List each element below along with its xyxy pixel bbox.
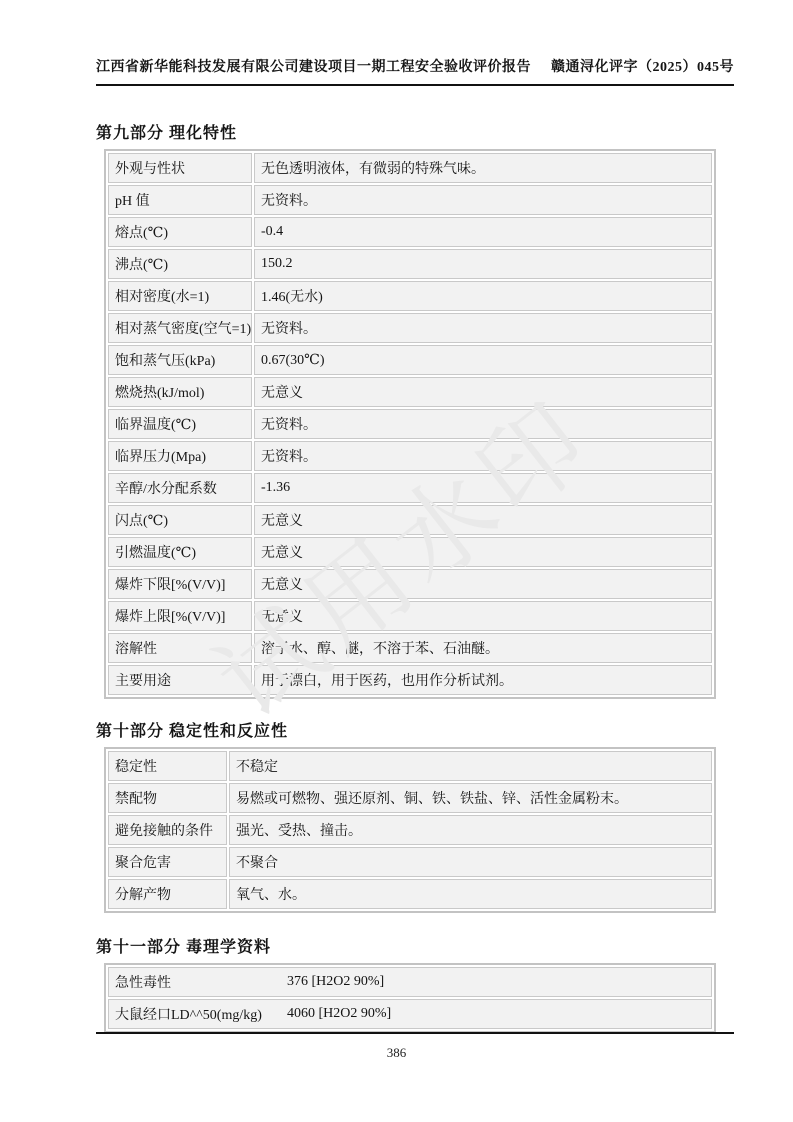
table-row: 大鼠经口LD^^50(mg/kg)4060 [H2O2 90%] bbox=[108, 999, 712, 1029]
header-report-title: 江西省新华能科技发展有限公司建设项目一期工程安全验收评价报告 bbox=[96, 56, 531, 76]
table-row: 沸点(℃)150.2 bbox=[108, 249, 712, 279]
row-label-cell: 溶解性 bbox=[108, 633, 252, 663]
section-toxicology: 第十一部分 毒理学资料 急性毒性376 [H2O2 90%]大鼠经口LD^^50… bbox=[96, 938, 724, 1033]
row-label-cell: 相对密度(水=1) bbox=[108, 281, 252, 311]
row-label-cell: 熔点(℃) bbox=[108, 217, 252, 247]
row-value: 376 [H2O2 90%] bbox=[287, 974, 384, 990]
row-label-cell: 稳定性 bbox=[108, 751, 227, 781]
row-label-cell: 爆炸下限[%(V/V)] bbox=[108, 569, 252, 599]
row-value-cell: 150.2 bbox=[254, 249, 712, 279]
row-label-cell: 相对蒸气密度(空气=1) bbox=[108, 313, 252, 343]
row-label-cell: 引燃温度(℃) bbox=[108, 537, 252, 567]
table-row: 稳定性不稳定 bbox=[108, 751, 712, 781]
row-value-cell: 无意义 bbox=[254, 537, 712, 567]
table-row: 相对蒸气密度(空气=1)无资料。 bbox=[108, 313, 712, 343]
table-row: 辛醇/水分配系数-1.36 bbox=[108, 473, 712, 503]
row-value-cell: 溶于水、醇、醚，不溶于苯、石油醚。 bbox=[254, 633, 712, 663]
row-value-cell: 无色透明液体，有微弱的特殊气味。 bbox=[254, 153, 712, 183]
table-row: 爆炸上限[%(V/V)]无意义 bbox=[108, 601, 712, 631]
row-value-cell: 氧气、水。 bbox=[229, 879, 712, 909]
header-doc-number: 赣通浔化评字（2025）045号 bbox=[551, 56, 734, 76]
table-row: 聚合危害不聚合 bbox=[108, 847, 712, 877]
table-row: 急性毒性376 [H2O2 90%] bbox=[108, 967, 712, 997]
row-value-cell: 无意义 bbox=[254, 569, 712, 599]
table-row: 相对密度(水=1)1.46(无水) bbox=[108, 281, 712, 311]
row-value-cell: 无资料。 bbox=[254, 409, 712, 439]
table-row: 燃烧热(kJ/mol)无意义 bbox=[108, 377, 712, 407]
row-label-cell: 避免接触的条件 bbox=[108, 815, 227, 845]
physical-chemical-properties-table: 外观与性状无色透明液体，有微弱的特殊气味。pH 值无资料。熔点(℃)-0.4沸点… bbox=[104, 149, 716, 699]
table-row: 熔点(℃)-0.4 bbox=[108, 217, 712, 247]
row-value-cell: 无资料。 bbox=[254, 185, 712, 215]
row-cell: 急性毒性376 [H2O2 90%] bbox=[108, 967, 712, 997]
table-row: 禁配物易燃或可燃物、强还原剂、铜、铁、铁盐、锌、活性金属粉末。 bbox=[108, 783, 712, 813]
table-row: 临界温度(℃)无资料。 bbox=[108, 409, 712, 439]
row-label-cell: 临界温度(℃) bbox=[108, 409, 252, 439]
toxicology-table: 急性毒性376 [H2O2 90%]大鼠经口LD^^50(mg/kg)4060 … bbox=[104, 963, 716, 1033]
table-row: 分解产物氧气、水。 bbox=[108, 879, 712, 909]
table-row: 引燃温度(℃)无意义 bbox=[108, 537, 712, 567]
row-label-cell: 闪点(℃) bbox=[108, 505, 252, 535]
row-value-cell: 无资料。 bbox=[254, 313, 712, 343]
row-value-cell: 无资料。 bbox=[254, 441, 712, 471]
stability-reactivity-table: 稳定性不稳定禁配物易燃或可燃物、强还原剂、铜、铁、铁盐、锌、活性金属粉末。避免接… bbox=[104, 747, 716, 913]
page-number: 386 bbox=[0, 1045, 793, 1061]
table-row: pH 值无资料。 bbox=[108, 185, 712, 215]
row-label-cell: 燃烧热(kJ/mol) bbox=[108, 377, 252, 407]
footer-divider bbox=[96, 1032, 734, 1034]
row-value-cell: 易燃或可燃物、强还原剂、铜、铁、铁盐、锌、活性金属粉末。 bbox=[229, 783, 712, 813]
section-title: 第九部分 理化特性 bbox=[96, 124, 724, 144]
row-value-cell: 强光、受热、撞击。 bbox=[229, 815, 712, 845]
row-value-cell: -0.4 bbox=[254, 217, 712, 247]
section-title: 第十部分 稳定性和反应性 bbox=[96, 722, 724, 742]
row-value-cell: 无意义 bbox=[254, 505, 712, 535]
row-value-cell: 1.46(无水) bbox=[254, 281, 712, 311]
row-value-cell: 无意义 bbox=[254, 601, 712, 631]
row-value-cell: -1.36 bbox=[254, 473, 712, 503]
row-label-cell: 聚合危害 bbox=[108, 847, 227, 877]
row-label-cell: 外观与性状 bbox=[108, 153, 252, 183]
row-label-cell: 禁配物 bbox=[108, 783, 227, 813]
table-row: 避免接触的条件强光、受热、撞击。 bbox=[108, 815, 712, 845]
table-row: 爆炸下限[%(V/V)]无意义 bbox=[108, 569, 712, 599]
table-row: 外观与性状无色透明液体，有微弱的特殊气味。 bbox=[108, 153, 712, 183]
table-row: 饱和蒸气压(kPa)0.67(30℃) bbox=[108, 345, 712, 375]
row-label-cell: 辛醇/水分配系数 bbox=[108, 473, 252, 503]
page-header: 江西省新华能科技发展有限公司建设项目一期工程安全验收评价报告 赣通浔化评字（20… bbox=[96, 56, 734, 86]
row-value-cell: 无意义 bbox=[254, 377, 712, 407]
table-row: 闪点(℃)无意义 bbox=[108, 505, 712, 535]
row-label-cell: 沸点(℃) bbox=[108, 249, 252, 279]
table-row: 临界压力(Mpa)无资料。 bbox=[108, 441, 712, 471]
row-label: 急性毒性 bbox=[115, 972, 287, 992]
row-label-cell: 爆炸上限[%(V/V)] bbox=[108, 601, 252, 631]
row-value: 4060 [H2O2 90%] bbox=[287, 1006, 391, 1022]
section-stability-reactivity: 第十部分 稳定性和反应性 稳定性不稳定禁配物易燃或可燃物、强还原剂、铜、铁、铁盐… bbox=[96, 722, 724, 913]
row-value-cell: 用于漂白，用于医药，也用作分析试剂。 bbox=[254, 665, 712, 695]
row-label: 大鼠经口LD^^50(mg/kg) bbox=[115, 1004, 287, 1024]
table-row: 溶解性溶于水、醇、醚，不溶于苯、石油醚。 bbox=[108, 633, 712, 663]
row-cell: 大鼠经口LD^^50(mg/kg)4060 [H2O2 90%] bbox=[108, 999, 712, 1029]
row-value-cell: 不聚合 bbox=[229, 847, 712, 877]
row-label-cell: 临界压力(Mpa) bbox=[108, 441, 252, 471]
row-value-cell: 不稳定 bbox=[229, 751, 712, 781]
row-value-cell: 0.67(30℃) bbox=[254, 345, 712, 375]
table-row: 主要用途用于漂白，用于医药，也用作分析试剂。 bbox=[108, 665, 712, 695]
row-label-cell: 饱和蒸气压(kPa) bbox=[108, 345, 252, 375]
section-physical-chemical-properties: 第九部分 理化特性 外观与性状无色透明液体，有微弱的特殊气味。pH 值无资料。熔… bbox=[96, 124, 724, 699]
row-label-cell: pH 值 bbox=[108, 185, 252, 215]
row-label-cell: 主要用途 bbox=[108, 665, 252, 695]
section-title: 第十一部分 毒理学资料 bbox=[96, 938, 724, 958]
row-label-cell: 分解产物 bbox=[108, 879, 227, 909]
